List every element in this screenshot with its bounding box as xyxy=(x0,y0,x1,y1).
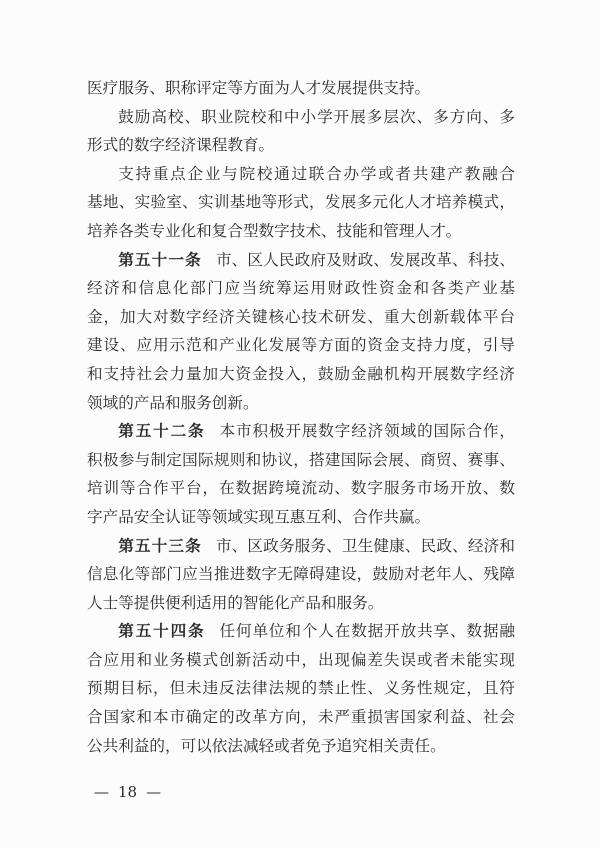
document-body: 医疗服务、职称评定等方面为人才发展提供支持。 鼓励高校、职业院校和中小学开展多层… xyxy=(87,74,515,760)
text-line: 人士等提供便利适用的智能化产品和服务。 xyxy=(87,589,515,618)
article-number: 第五十三条 xyxy=(118,536,202,555)
paragraph: 鼓励高校、职业院校和中小学开展多层次、多方向、多形式的数字经济课程教育。 xyxy=(87,103,515,160)
article-number: 第五十二条 xyxy=(118,421,205,440)
document-page: 医疗服务、职称评定等方面为人才发展提供支持。 鼓励高校、职业院校和中小学开展多层… xyxy=(0,0,600,848)
text-line: 第五十一条市、区人民政府及财政、发展改革、科技、 xyxy=(87,246,515,275)
article-number: 第五十四条 xyxy=(118,621,205,640)
text-line: 合国家和本市确定的改革方向，未严重损害国家利益、社会 xyxy=(87,703,515,732)
text-line: 金，加大对数字经济关键核心技术研发、重大创新载体平台 xyxy=(87,303,515,332)
text-line: 合应用和业务模式创新活动中，出现偏差失误或者未能实现 xyxy=(87,646,515,675)
paragraph: 第五十一条市、区人民政府及财政、发展改革、科技、经济和信息化部门应当统筹运用财政… xyxy=(87,246,515,418)
paragraph: 支持重点企业与院校通过联合办学或者共建产教融合基地、实验室、实训基地等形式，发展… xyxy=(87,160,515,246)
footer-dash-right: — xyxy=(146,782,161,802)
text-line: 鼓励高校、职业院校和中小学开展多层次、多方向、多 xyxy=(87,103,515,132)
text-line: 支持重点企业与院校通过联合办学或者共建产教融合 xyxy=(87,160,515,189)
text-line: 积极参与制定国际规则和协议，搭建国际会展、商贸、赛事、 xyxy=(87,446,515,475)
text-line: 信息化等部门应当推进数字无障碍建设，鼓励对老年人、残障 xyxy=(87,560,515,589)
text-line: 第五十四条任何单位和个人在数据开放共享、数据融 xyxy=(87,617,515,646)
text-line: 基地、实验室、实训基地等形式，发展多元化人才培养模式， xyxy=(87,188,515,217)
text-line: 预期目标，但未违反法律法规的禁止性、义务性规定，且符 xyxy=(87,674,515,703)
text-line: 公共利益的，可以依法减轻或者免予追究相关责任。 xyxy=(87,732,515,761)
text-line: 形式的数字经济课程教育。 xyxy=(87,131,515,160)
text-line: 字产品安全认证等领域实现互惠互利、合作共赢。 xyxy=(87,503,515,532)
text-line: 建设、应用示范和产业化发展等方面的资金支持力度，引导 xyxy=(87,331,515,360)
footer-dash-left: — xyxy=(94,782,109,802)
text-line: 和支持社会力量加大资金投入，鼓励金融机构开展数字经济 xyxy=(87,360,515,389)
text-line: 经济和信息化部门应当统筹运用财政性资金和各类产业基 xyxy=(87,274,515,303)
text-line: 第五十三条市、区政务服务、卫生健康、民政、经济和 xyxy=(87,532,515,561)
text-line: 培养各类专业化和复合型数字技术、技能和管理人才。 xyxy=(87,217,515,246)
paragraph: 第五十二条本市积极开展数字经济领域的国际合作，积极参与制定国际规则和协议，搭建国… xyxy=(87,417,515,531)
text-line: 领域的产品和服务创新。 xyxy=(87,389,515,418)
footer-page-number: 18 xyxy=(118,782,137,802)
paragraph: 医疗服务、职称评定等方面为人才发展提供支持。 xyxy=(87,74,515,103)
text-line: 第五十二条本市积极开展数字经济领域的国际合作， xyxy=(87,417,515,446)
text-line: 医疗服务、职称评定等方面为人才发展提供支持。 xyxy=(87,74,515,103)
article-number: 第五十一条 xyxy=(118,250,202,269)
text-line: 培训等合作平台，在数据跨境流动、数字服务市场开放、数 xyxy=(87,474,515,503)
page-footer: — 18 — xyxy=(94,782,161,802)
paragraph: 第五十三条市、区政务服务、卫生健康、民政、经济和信息化等部门应当推进数字无障碍建… xyxy=(87,532,515,618)
paragraph: 第五十四条任何单位和个人在数据开放共享、数据融合应用和业务模式创新活动中，出现偏… xyxy=(87,617,515,760)
